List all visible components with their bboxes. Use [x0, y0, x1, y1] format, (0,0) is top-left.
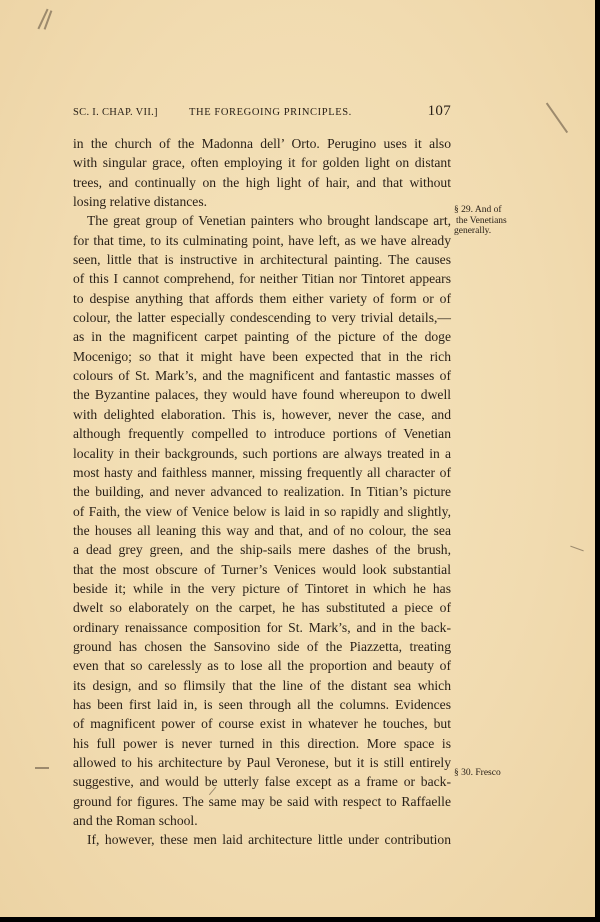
text-line: seen, little that is instructive in arch… — [73, 250, 451, 269]
sidenote-line: the Venetians — [454, 216, 507, 227]
text-line: ground has chosen the Sansovino side of … — [73, 637, 451, 656]
text-line: its design, and so flimsily that the lin… — [73, 676, 451, 695]
text-line: The great group of Venetian painters who… — [73, 211, 451, 230]
text-line: colour, the latter especially condescend… — [73, 308, 451, 327]
text-line: suggestive, and would be utterly false e… — [73, 772, 451, 791]
text-line: a dead grey green, and the ship-sails me… — [73, 540, 451, 559]
scan-mark — [546, 103, 568, 133]
text-line: to despise anything that affords them ei… — [73, 289, 451, 308]
text-line: beside it; while in the very picture of … — [73, 579, 451, 598]
sidenote-29: § 29. And of the Venetians generally. — [454, 205, 507, 237]
text-line: dwelt so elaborately on the carpet, he h… — [73, 598, 451, 617]
running-header: SC. I. CHAP. VII.] THE FOREGOING PRINCIP… — [73, 104, 451, 122]
text-line: of magnificent power of course exist in … — [73, 714, 451, 733]
text-line: ordinary renaissance composition for St.… — [73, 618, 451, 637]
running-title: THE FOREGOING PRINCIPLES. — [189, 107, 352, 118]
text-line: for that time, to its culminating point,… — [73, 231, 451, 250]
text-line: that the most obscure of Turner’s Venice… — [73, 560, 451, 579]
text-line: locality in their backgrounds, such port… — [73, 444, 451, 463]
text-line: as in the magnificent carpet painting of… — [73, 327, 451, 346]
text-line: although frequently compelled to introdu… — [73, 424, 451, 443]
text-line: the Byzantine palaces, they would have f… — [73, 385, 451, 404]
scan-mark — [35, 767, 49, 769]
sidenote-line: § 29. And of — [454, 205, 507, 216]
text-line: If, however, these men laid architecture… — [73, 830, 451, 849]
text-line: allowed to his architecture by Paul Vero… — [73, 753, 451, 772]
text-line: trees, and continually on the high light… — [73, 173, 451, 192]
page-number: 107 — [428, 103, 451, 120]
text-line: Mocenigo; so that it might have been exp… — [73, 347, 451, 366]
text-line: ground for figures. The same may be said… — [73, 792, 451, 811]
body-text: in the church of the Madonna dell’ Orto.… — [73, 134, 451, 850]
text-line: has been first laid in, is seen through … — [73, 695, 451, 714]
text-line: in the church of the Madonna dell’ Orto.… — [73, 134, 451, 153]
book-page: SC. I. CHAP. VII.] THE FOREGOING PRINCIP… — [0, 0, 595, 917]
text-line: and the Roman school. — [73, 811, 451, 830]
text-line: his full power is never turned in this d… — [73, 734, 451, 753]
text-line: with singular grace, often employing it … — [73, 153, 451, 172]
text-line: with delighted elaboration. This is, how… — [73, 405, 451, 424]
sidenote-30: § 30. Fresco — [454, 768, 501, 779]
text-line: even that so carelessly as to lose all t… — [73, 656, 451, 675]
sidenote-line: generally. — [454, 226, 507, 237]
text-line: the building, and never advanced to real… — [73, 482, 451, 501]
sidenote-line: § 30. Fresco — [454, 768, 501, 779]
text-line: colours of St. Mark’s, and the magnifice… — [73, 366, 451, 385]
text-line: of Faith, the view of Venice below is la… — [73, 502, 451, 521]
scan-mark — [570, 546, 583, 552]
chapter-reference: SC. I. CHAP. VII.] — [73, 107, 158, 118]
text-line: the houses all leaning this way and that… — [73, 521, 451, 540]
text-line: of this I cannot comprehend, for neither… — [73, 269, 451, 288]
text-line: most hasty and faithless manner, missing… — [73, 463, 451, 482]
text-line: losing relative distances. — [73, 192, 451, 211]
